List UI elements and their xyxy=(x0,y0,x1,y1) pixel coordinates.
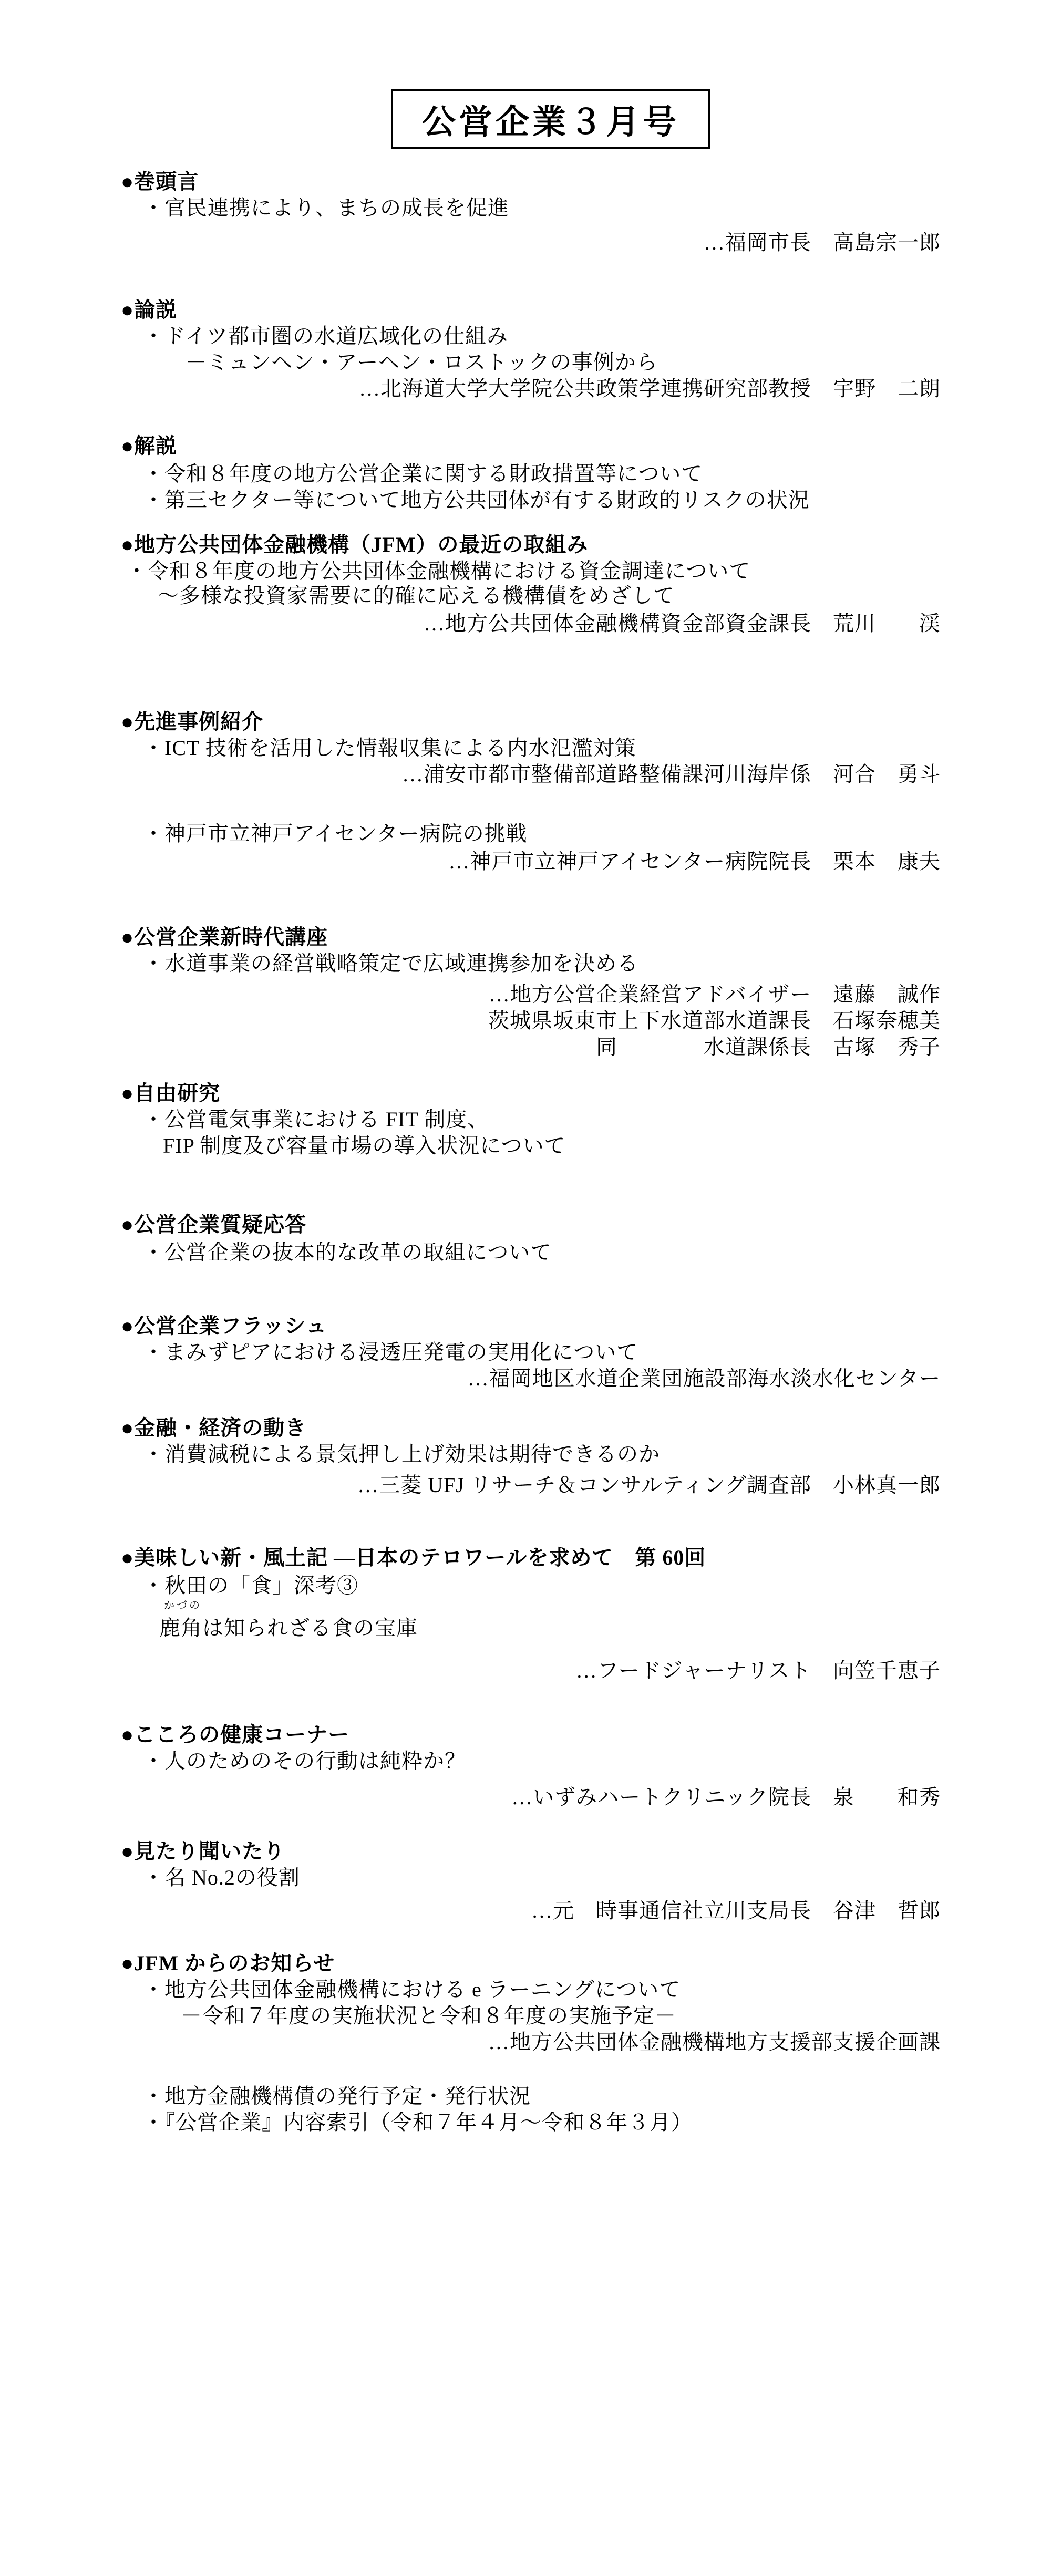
toc-item: ・ICT 技術を活用した情報収集による内水氾濫対策 xyxy=(143,736,636,761)
section-heading: ●見たり聞いたり xyxy=(121,1839,285,1864)
section-heading: ●解説 xyxy=(121,433,177,459)
toc-item: ・地方公共団体金融機構における e ラーニングについて xyxy=(143,1977,681,2002)
toc-item: ・消費減税による景気押し上げ効果は期待できるのか xyxy=(143,1442,660,1467)
section-heading: ●地方公共団体金融機構（JFM）の最近の取組み xyxy=(121,532,588,557)
toc-item: ・まみずピアにおける浸透圧発電の実用化について xyxy=(143,1340,638,1365)
section-heading: ●公営企業フラッシュ xyxy=(121,1313,327,1339)
attribution: …地方公共団体金融機構地方支援部支援企画課 xyxy=(488,2030,941,2055)
section-heading: ●公営企業新時代講座 xyxy=(121,925,328,950)
attribution: …神戸市立神戸アイセンター病院院長 栗本 康夫 xyxy=(448,849,941,874)
document-page: 公営企業３月号 ●巻頭言 ・官民連携により、まちの成長を促進 …福岡市長 高島宗… xyxy=(0,0,1051,2576)
toc-item-continuation: FIP 制度及び容量市場の導入状況について xyxy=(163,1133,566,1158)
toc-item: ・公営企業の抜本的な改革の取組について xyxy=(143,1240,552,1265)
section-heading: ●こころの健康コーナー xyxy=(121,1722,349,1747)
section-heading: ●論説 xyxy=(121,297,177,323)
issue-title-box: 公営企業３月号 xyxy=(391,89,710,149)
attribution: …地方公営企業経営アドバイザー 遠藤 誠作 xyxy=(489,982,941,1007)
attribution: …浦安市都市整備部道路整備課河川海岸係 河合 勇斗 xyxy=(402,762,941,787)
toc-item: ・神戸市立神戸アイセンター病院の挑戦 xyxy=(143,821,528,846)
toc-item-continuation: －ミュンヘン・アーヘン・ロストックの事例から xyxy=(186,350,658,375)
toc-item: ・名 No.2の役割 xyxy=(143,1865,300,1890)
toc-item: ・地方金融機構債の発行予定・発行状況 xyxy=(143,2084,531,2109)
attribution: …地方公共団体金融機構資金部資金課長 荒川 渓 xyxy=(424,611,941,636)
toc-item: ・人のためのその行動は純粋か？ xyxy=(143,1749,466,1774)
attribution: 茨城県坂東市上下水道部水道課長 石塚奈穂美 xyxy=(488,1008,941,1033)
attribution: …福岡地区水道企業団施設部海水淡水化センター xyxy=(468,1366,941,1391)
toc-item-continuation: ～多様な投資家需要に的確に応える機構債をめざして xyxy=(158,583,675,608)
attribution: …福岡市長 高島宗一郎 xyxy=(704,230,941,255)
toc-item: ・官民連携により、まちの成長を促進 xyxy=(143,195,509,221)
toc-item: ・第三セクター等について地方公共団体が有する財政的リスクの状況 xyxy=(143,488,810,513)
section-heading: ●先進事例紹介 xyxy=(121,709,263,734)
furigana: かづの xyxy=(164,1599,202,1612)
toc-item-continuation: 鹿角は知られざる食の宝庫 xyxy=(159,1616,418,1641)
section-heading: ●金融・経済の動き xyxy=(121,1415,306,1441)
toc-item: ・令和８年度の地方公共団体金融機構における資金調達について xyxy=(126,558,750,584)
attribution: …いずみハートクリニック院長 泉 和秀 xyxy=(511,1785,941,1810)
section-heading: ●自由研究 xyxy=(121,1081,220,1106)
toc-item: ・令和８年度の地方公営企業に関する財政措置等について xyxy=(143,461,703,487)
attribution: …三菱 UFJ リサーチ＆コンサルティング調査部 小林真一郎 xyxy=(357,1473,941,1498)
attribution: …フードジャーナリスト 向笠千恵子 xyxy=(576,1658,941,1683)
toc-item: ・公営電気事業における FIT 制度、 xyxy=(143,1107,489,1132)
attribution: 同 水道課係長 古塚 秀子 xyxy=(596,1034,941,1060)
section-heading: ●公営企業質疑応答 xyxy=(121,1212,306,1237)
toc-item: ・秋田の「食」深考③ xyxy=(143,1573,358,1598)
toc-item: ・『公営企業』内容索引（令和７年４月～令和８年３月） xyxy=(143,2110,693,2135)
section-heading: ●美味しい新・風土記 ―日本のテロワールを求めて 第 60回 xyxy=(121,1545,706,1570)
issue-title: 公営企業３月号 xyxy=(422,95,679,143)
section-heading: ●JFM からのお知らせ xyxy=(121,1951,335,1976)
toc-item: ・水道事業の経営戦略策定で広域連携参加を決める xyxy=(143,951,638,976)
toc-item: ・ドイツ都市圏の水道広域化の仕組み xyxy=(143,324,508,349)
toc-item-continuation: －令和７年度の実施状況と令和８年度の実施予定－ xyxy=(181,2003,676,2029)
attribution: …元 時事通信社立川支局長 谷津 哲郎 xyxy=(531,1898,941,1923)
attribution: …北海道大学大学院公共政策学連携研究部教授 宇野 二朗 xyxy=(359,376,941,401)
section-heading: ●巻頭言 xyxy=(121,169,199,194)
